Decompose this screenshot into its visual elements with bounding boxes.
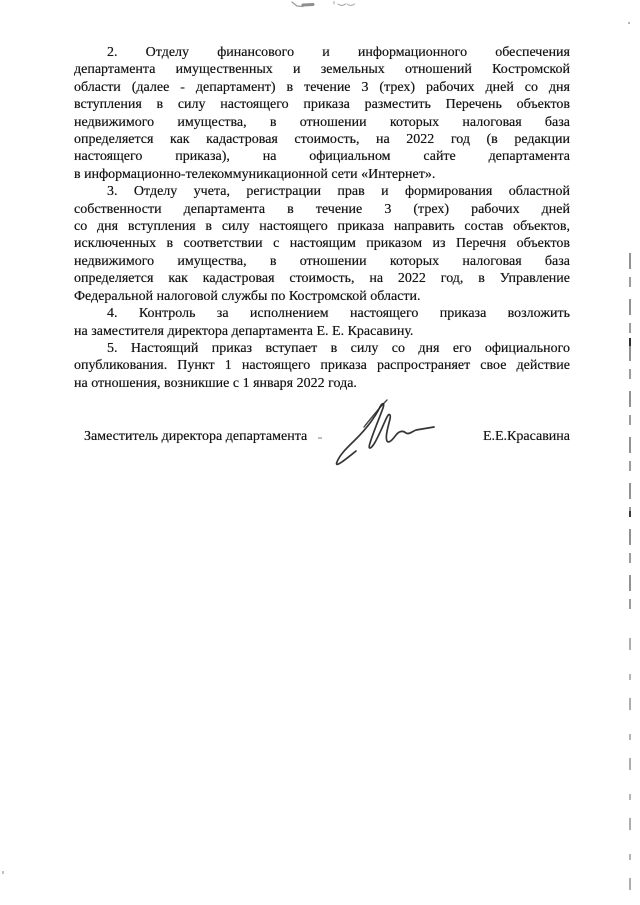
scan-artifact-blob — [629, 511, 631, 517]
text-line: недвижимого имущества, в отношении котор… — [74, 253, 570, 270]
text-line: определяется как кадастровая стоимость, … — [74, 270, 570, 287]
scan-artifact-dashed-line — [629, 253, 631, 620]
scan-artifact-dot — [318, 437, 322, 439]
text-line: департамента имущественных и земельных о… — [74, 61, 570, 78]
paragraph-5: 5. Настоящий приказ вступает в силу со д… — [74, 340, 570, 392]
document-page: 2. Отделу финансового и информационного … — [0, 0, 640, 905]
signature-name: Е.Е.Красавина — [440, 428, 570, 445]
scan-artifact-dashed-line — [629, 620, 631, 905]
text-line: опубликования. Пункт 1 настоящего приказ… — [74, 357, 570, 374]
text-line: на заместителя директора департамента Е.… — [74, 323, 570, 340]
text-line: 2. Отделу финансового и информационного … — [74, 44, 570, 61]
text-line: собственности департамента в течение 3 (… — [74, 201, 570, 218]
scan-artifact-blob — [629, 338, 631, 346]
paragraph-3: 3. Отделу учета, регистрации прав и форм… — [74, 183, 570, 305]
paragraph-4: 4. Контроль за исполнением настоящего пр… — [74, 305, 570, 340]
text-line: недвижимого имущества, в отношении котор… — [74, 114, 570, 131]
scan-artifact-dot — [628, 22, 630, 24]
text-line: Федеральной налоговой службы по Костромс… — [74, 288, 570, 305]
text-line: 4. Контроль за исполнением настоящего пр… — [74, 305, 570, 322]
paragraph-2: 2. Отделу финансового и информационного … — [74, 44, 570, 183]
scan-artifact-dot — [2, 871, 4, 874]
document-text: 2. Отделу финансового и информационного … — [74, 44, 570, 392]
text-line: в информационно-телекоммуникационной сет… — [74, 166, 570, 183]
signature-title: Заместитель директора департамента — [84, 428, 307, 445]
scan-smudge-top-icon — [290, 0, 360, 10]
text-line: 3. Отделу учета, регистрации прав и форм… — [74, 183, 570, 200]
text-line: определяется как кадастровая стоимость, … — [74, 131, 570, 148]
text-line: со дня вступления в силу настоящего прик… — [74, 218, 570, 235]
handwritten-signature-icon — [330, 397, 440, 473]
text-line: исключенных в соответствии с настоящим п… — [74, 235, 570, 252]
text-line: 5. Настоящий приказ вступает в силу со д… — [74, 340, 570, 357]
text-line: настоящего приказа), на официальном сайт… — [74, 148, 570, 165]
text-line: области (далее - департамент) в течение … — [74, 79, 570, 96]
text-line: на отношения, возникшие с 1 января 2022 … — [74, 375, 570, 392]
text-line: вступления в силу настоящего приказа раз… — [74, 96, 570, 113]
